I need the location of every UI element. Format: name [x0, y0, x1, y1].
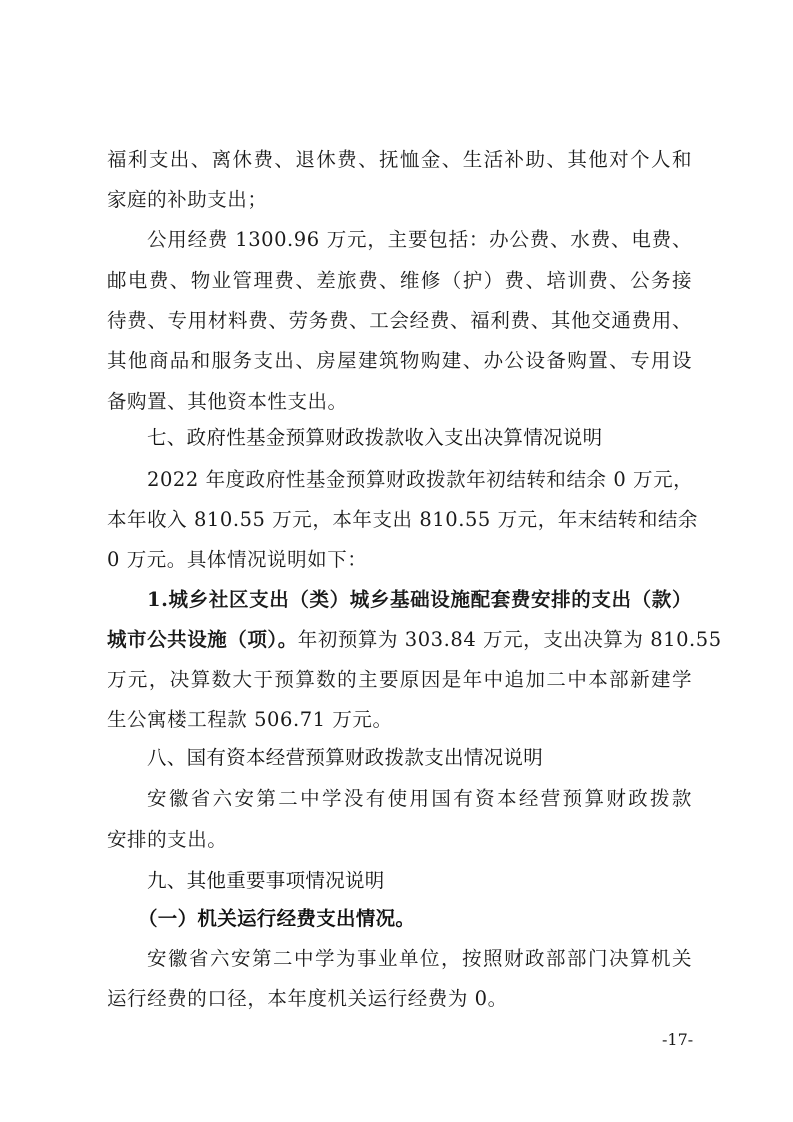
section-heading-8: 八、国有资本经营预算财政拨款支出情况说明	[147, 745, 692, 771]
paragraph-line: 安徽省六安第二中学为事业单位，按照财政部部门决算机关	[147, 946, 692, 972]
paragraph-line: 安排的支出。	[107, 827, 692, 853]
subsection-heading: （一）机关运行经费支出情况。	[138, 906, 723, 932]
paragraph-line: 待费、专用材料费、劳务费、工会经费、福利费、其他交通费用、	[107, 308, 692, 334]
subsection-heading: 1.城乡社区支出（类）城乡基础设施配套费安排的支出（款）	[147, 587, 692, 613]
paragraph-line: 公用经费 1300.96 万元，主要包括：办公费、水费、电费、	[147, 227, 692, 253]
paragraph-line: 万元，决算数大于预算数的主要原因是年中追加二中本部新建学	[107, 667, 692, 693]
paragraph-line: 邮电费、物业管理费、差旅费、维修（护）费、培训费、公务接	[107, 268, 692, 294]
paragraph-line: 备购置、其他资本性支出。	[107, 389, 692, 415]
section-heading-9: 九、其他重要事项情况说明	[147, 868, 692, 894]
paragraph-line: 本年收入 810.55 万元，本年支出 810.55 万元，年末结转和结余	[107, 507, 692, 533]
document-page: 福利支出、离休费、退休费、抚恤金、生活补助、其他对个人和 家庭的补助支出； 公用…	[0, 0, 793, 1122]
paragraph-line: 2022 年度政府性基金预算财政拨款年初结转和结余 0 万元，	[147, 467, 692, 493]
paragraph-line: 其他商品和服务支出、房屋建筑物购建、办公设备购置、专用设	[107, 348, 692, 374]
paragraph-line: 安徽省六安第二中学没有使用国有资本经营预算财政拨款	[147, 786, 692, 812]
paragraph-line: 0 万元。具体情况说明如下：	[107, 547, 692, 573]
item-text: 年初预算为 303.84 万元，支出决算为 810.55	[298, 628, 722, 651]
paragraph-line: 生公寓楼工程款 506.71 万元。	[107, 707, 692, 733]
section-heading-7: 七、政府性基金预算财政拨款收入支出决算情况说明	[147, 425, 692, 451]
paragraph-line: 福利支出、离休费、退休费、抚恤金、生活补助、其他对个人和	[107, 147, 692, 173]
paragraph-line: 城市公共设施（项）。年初预算为 303.84 万元，支出决算为 810.55	[107, 627, 692, 653]
page-number: -17-	[662, 1030, 693, 1049]
item-title: 城市公共设施（项）。	[107, 628, 298, 651]
paragraph-line: 家庭的补助支出；	[107, 187, 692, 213]
paragraph-line: 运行经费的口径，本年度机关运行经费为 0。	[107, 986, 692, 1012]
